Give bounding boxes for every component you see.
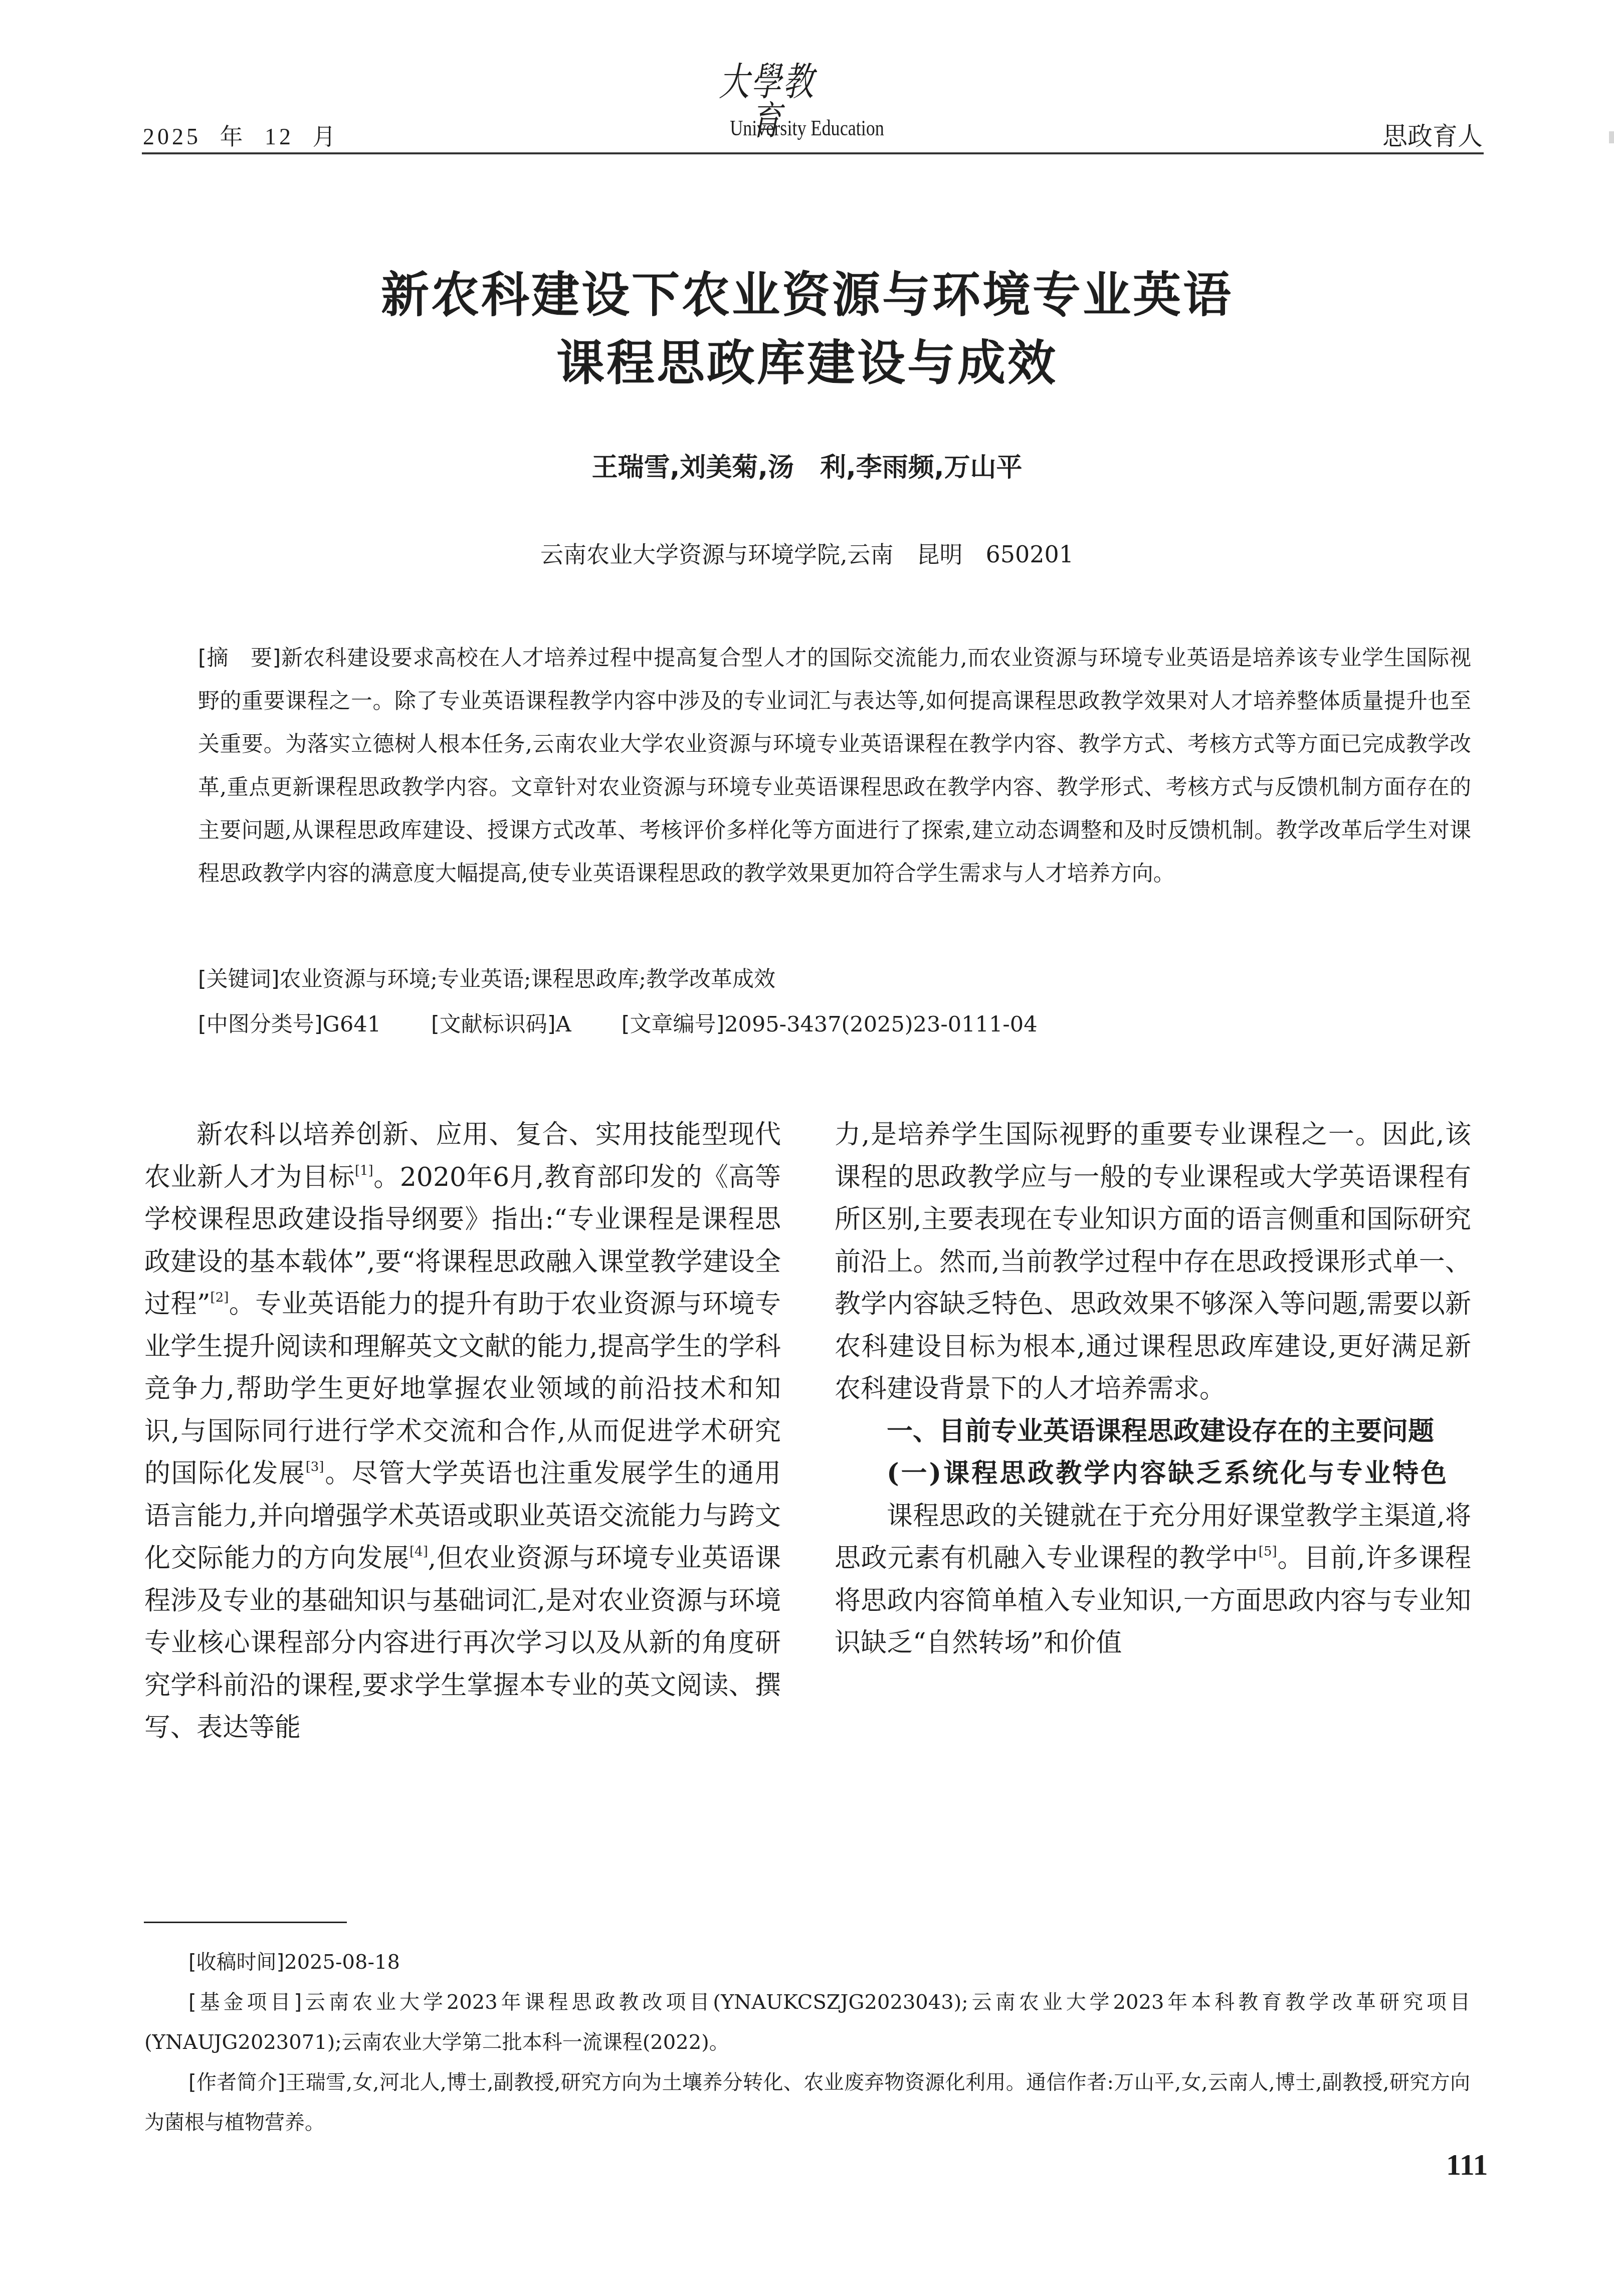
footnote-label: [作者简介]: [188, 2071, 285, 2094]
body-column-left: 新农科以培养创新、应用、复合、实用技能型现代农业新人才为目标[1]。2020年6…: [144, 1114, 781, 1749]
body-paragraph: 课程思政的关键就在于充分用好课堂教学主渠道,将思政元素有机融入专业课程的教学中[…: [835, 1495, 1471, 1664]
footnote-received: [收稿时间]2025-08-18: [144, 1942, 1470, 1982]
issue-date: 2025 年 12 月: [143, 118, 339, 151]
footnote-text: 2025-08-18: [284, 1951, 400, 1974]
author-list: 王瑞雪,刘美菊,汤 利,李雨频,万山平: [150, 446, 1464, 484]
abstract-text: 新农科建设要求高校在人才培养过程中提高复合型人才的国际交流能力,而农业资源与环境…: [198, 646, 1471, 886]
doc-code-label: [文献标识码]: [431, 1012, 556, 1037]
abstract: [摘 要]新农科建设要求高校在人才培养过程中提高复合型人才的国际交流能力,而农业…: [198, 637, 1471, 895]
doc-code-value: A: [556, 1012, 571, 1037]
header-divider: [142, 152, 1484, 154]
clc-label: [中图分类号]: [198, 1012, 323, 1037]
abstract-label: [摘 要]: [198, 646, 281, 671]
citation-ref[interactable]: [1]: [355, 1163, 373, 1178]
footnote-divider: [144, 1922, 347, 1923]
classification-line: [中图分类号]G641[文献标识码]A[文章编号]2095-3437(2025)…: [198, 1007, 1038, 1038]
citation-ref[interactable]: [5]: [1259, 1544, 1277, 1559]
journal-english-name: University Education: [659, 115, 955, 141]
article-title: 新农科建设下农业资源与环境专业英语 课程思政库建设与成效: [150, 261, 1464, 397]
subsection-heading: (一)课程思政教学内容缺乏系统化与专业特色: [835, 1452, 1471, 1495]
citation-ref[interactable]: [4]: [410, 1544, 428, 1559]
article-number-label: [文章编号]: [622, 1012, 725, 1037]
title-line-1: 新农科建设下农业资源与环境专业英语: [150, 261, 1464, 329]
footnote-label: [收稿时间]: [188, 1951, 284, 1974]
article-number-value: 2095-3437(2025)23-0111-04: [724, 1012, 1037, 1037]
author-affiliation: 云南农业大学资源与环境学院,云南 昆明 650201: [150, 536, 1464, 569]
footnote-fund: [基金项目]云南农业大学2023年课程思政教改项目(YNAUKCSZJG2023…: [144, 1982, 1470, 2062]
keywords: [关键词]农业资源与环境;专业英语;课程思政库;教学改革成效: [198, 962, 775, 993]
column-section-label: 思政育人: [1382, 116, 1483, 152]
footnote-text: 王瑞雪,女,河北人,博士,副教授,研究方向为土壤养分转化、农业废弃物资源化利用。…: [144, 2071, 1470, 2134]
clc-value: G641: [323, 1012, 381, 1037]
title-line-2: 课程思政库建设与成效: [150, 329, 1464, 397]
footnote-text: 云南农业大学2023年课程思政教改项目(YNAUKCSZJG2023043);云…: [144, 1991, 1470, 2054]
body-column-right: 力,是培养学生国际视野的重要专业课程之一。因此,该课程的思政教学应与一般的专业课…: [835, 1114, 1471, 1664]
footnotes: [收稿时间]2025-08-18 [基金项目]云南农业大学2023年课程思政教改…: [144, 1942, 1470, 2143]
keywords-text: 农业资源与环境;专业英语;课程思政库;教学改革成效: [280, 967, 775, 992]
body-paragraph: 新农科以培养创新、应用、复合、实用技能型现代农业新人才为目标[1]。2020年6…: [144, 1114, 781, 1749]
keywords-label: [关键词]: [198, 967, 280, 992]
body-paragraph-continued: 力,是培养学生国际视野的重要专业课程之一。因此,该课程的思政教学应与一般的专业课…: [835, 1114, 1471, 1410]
scroll-thumb-marker: [1609, 131, 1614, 143]
footnote-author-bio: [作者简介]王瑞雪,女,河北人,博士,副教授,研究方向为土壤养分转化、农业废弃物…: [144, 2062, 1470, 2143]
footnote-label: [基金项目]: [188, 1991, 302, 2014]
citation-ref[interactable]: [3]: [306, 1459, 324, 1475]
section-heading: 一、目前专业英语课程思政建设存在的主要问题: [835, 1410, 1471, 1453]
citation-ref[interactable]: [2]: [211, 1290, 229, 1305]
page-number: 111: [1446, 2148, 1488, 2182]
